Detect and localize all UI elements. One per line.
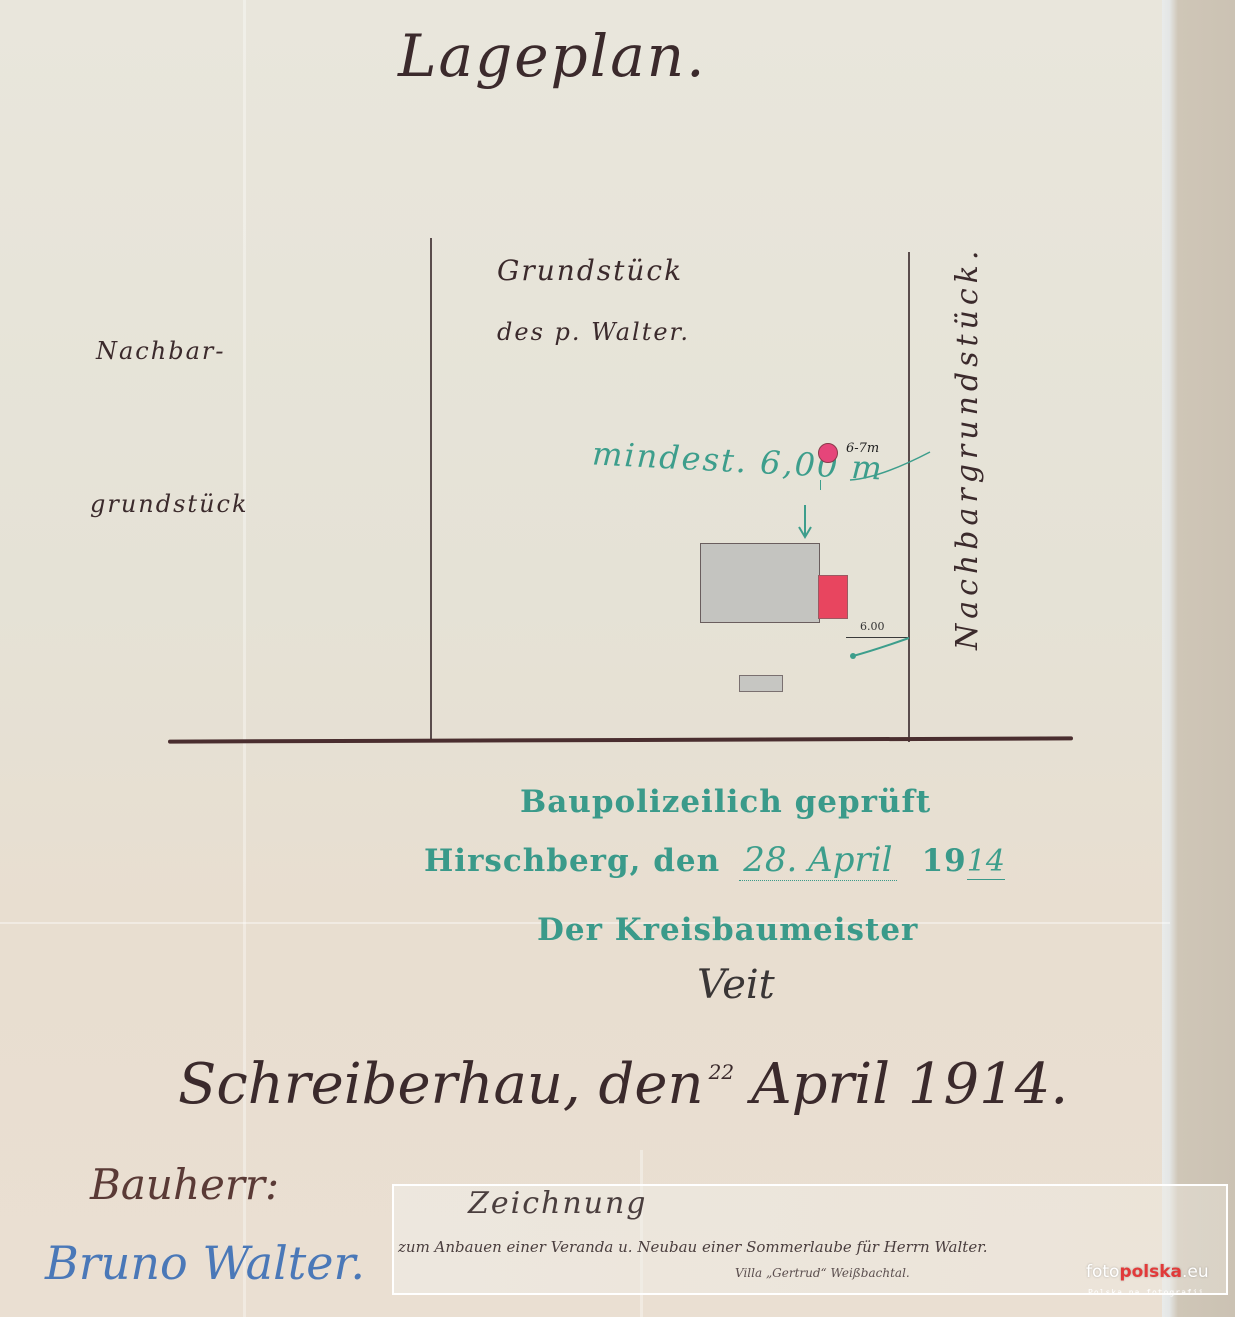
title-block-location: Villa „Gertrud“ Weißbachtal. (735, 1266, 910, 1280)
existing-villa (700, 543, 820, 623)
document-paper (0, 0, 1170, 1317)
watermark-brand: polska (1119, 1262, 1182, 1282)
neighbor-right-label: Nachbargrundstück. (950, 246, 985, 650)
side-leader-line (845, 636, 915, 664)
plot-label-line2: des p. Walter. (497, 318, 690, 346)
stamp-year-suffix: 14 (967, 844, 1005, 880)
neighbor-left-line2: grundstück (90, 490, 249, 518)
fold-line-vertical-left (243, 0, 246, 1317)
date-day: 22 (709, 1060, 734, 1084)
watermark-suffix: .eu (1182, 1262, 1209, 1282)
place-date: Schreiberhau, den 22 April 1914. (178, 1052, 1068, 1117)
title-block-heading: Zeichnung (468, 1186, 647, 1221)
watermark-prefix: foto (1086, 1262, 1119, 1282)
plot-boundary-left (430, 238, 432, 742)
stamp-signature: Veit (697, 962, 775, 1008)
stamp-line3: Der Kreisbaumeister (537, 912, 918, 948)
document-title: Lageplan. (398, 22, 707, 90)
scan-edge-strip (1162, 0, 1235, 1317)
outbuilding (739, 675, 783, 692)
watermark-logo: fotopolska.eu (1086, 1262, 1209, 1282)
arbor-leader-line (820, 448, 940, 498)
stamp-line1: Baupolizeilich geprüft (520, 784, 931, 820)
arrow-down-icon (795, 505, 815, 541)
side-distance-label: 6.00 (860, 620, 885, 633)
title-block-description: zum Anbauen einer Veranda u. Neubau eine… (398, 1238, 988, 1256)
stamp-year-prefix: 19 (922, 843, 967, 879)
builder-label: Bauherr: (90, 1160, 279, 1209)
stamp-line2: Hirschberg, den 28. April 1914 (424, 840, 1005, 880)
place-text: Schreiberhau, den (178, 1052, 704, 1117)
neighbor-left-line1: Nachbar- (96, 337, 225, 365)
stamp-line2-prefix: Hirschberg, den (424, 843, 720, 879)
builder-signature: Bruno Walter. (45, 1236, 365, 1290)
watermark-tagline: Polska na fotografii (1088, 1288, 1204, 1297)
date-month-year: April 1914. (751, 1052, 1068, 1117)
new-veranda (818, 575, 848, 619)
plot-label-line1: Grundstück (497, 254, 683, 287)
stamp-date: 28. April (739, 840, 896, 881)
